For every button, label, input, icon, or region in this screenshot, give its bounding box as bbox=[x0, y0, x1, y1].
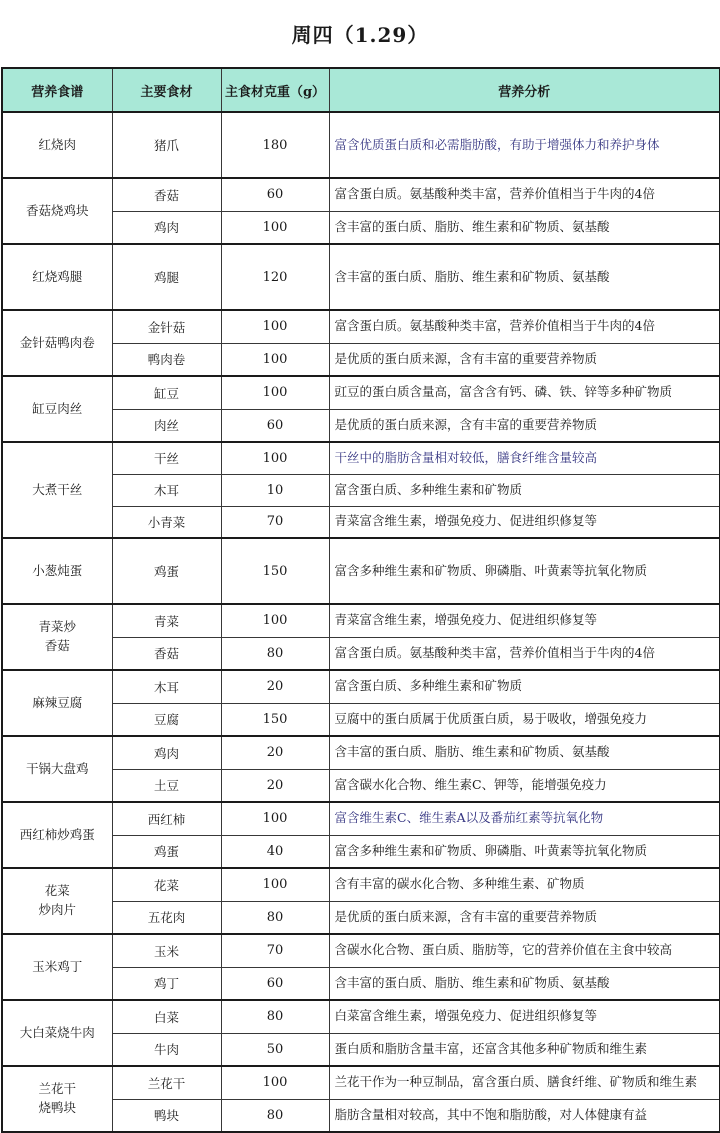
recipe-name-line: 香菇 bbox=[3, 637, 112, 656]
analysis-cell: 富含维生素C、维生素A以及番茄红素等抗氧化物 bbox=[329, 802, 720, 835]
ingredient-cell: 鸭块 bbox=[112, 1099, 221, 1132]
weight-cell: 50 bbox=[221, 1033, 329, 1066]
ingredient-cell: 五花肉 bbox=[112, 901, 221, 934]
recipe-name-line: 西红柿炒鸡蛋 bbox=[3, 826, 112, 845]
ingredient-cell: 肉丝 bbox=[112, 409, 221, 442]
recipe-cell: 青菜炒香菇 bbox=[2, 604, 112, 670]
ingredient-cell: 猪爪 bbox=[112, 112, 221, 178]
nutrition-table: 营养食谱主要食材主食材克重（g）营养分析 红烧肉猪爪180富含优质蛋白质和必需脂… bbox=[1, 67, 720, 1133]
weight-cell: 100 bbox=[221, 604, 329, 637]
ingredient-cell: 西红柿 bbox=[112, 802, 221, 835]
analysis-cell: 富含蛋白质。氨基酸种类丰富，营养价值相当于牛肉的4倍 bbox=[329, 637, 720, 670]
recipe-name-line: 玉米鸡丁 bbox=[3, 958, 112, 977]
recipe-cell: 西红柿炒鸡蛋 bbox=[2, 802, 112, 868]
analysis-cell: 含丰富的蛋白质、脂肪、维生素和矿物质、氨基酸 bbox=[329, 244, 720, 310]
weight-cell: 80 bbox=[221, 901, 329, 934]
analysis-cell: 富含多种维生素和矿物质、卵磷脂、叶黄素等抗氧化物质 bbox=[329, 538, 720, 604]
analysis-cell: 青菜富含维生素，增强免疫力、促进组织修复等 bbox=[329, 604, 720, 637]
recipe-name-line: 大白菜烧牛肉 bbox=[3, 1024, 112, 1043]
analysis-cell: 含碳水化合物、蛋白质、脂肪等，它的营养价值在主食中较高 bbox=[329, 934, 720, 967]
analysis-cell: 含丰富的蛋白质、脂肪、维生素和矿物质、氨基酸 bbox=[329, 736, 720, 769]
recipe-name-line: 干锅大盘鸡 bbox=[3, 760, 112, 779]
weight-cell: 20 bbox=[221, 769, 329, 802]
recipe-name-line: 花菜 bbox=[3, 882, 112, 901]
recipe-name-line: 麻辣豆腐 bbox=[3, 694, 112, 713]
recipe-name-line: 金针菇鸭肉卷 bbox=[3, 334, 112, 353]
recipe-name-line: 小葱炖蛋 bbox=[3, 562, 112, 581]
analysis-cell: 兰花干作为一种豆制品，富含蛋白质、膳食纤维、矿物质和维生素 bbox=[329, 1066, 720, 1099]
table-row: 大煮干丝干丝100干丝中的脂肪含量相对较低，膳食纤维含量较高 bbox=[2, 442, 720, 474]
weight-cell: 20 bbox=[221, 736, 329, 769]
recipe-cell: 金针菇鸭肉卷 bbox=[2, 310, 112, 376]
recipe-cell: 红烧鸡腿 bbox=[2, 244, 112, 310]
table-row: 大白菜烧牛肉白菜80白菜富含维生素，增强免疫力、促进组织修复等 bbox=[2, 1000, 720, 1033]
table-row: 西红柿炒鸡蛋西红柿100富含维生素C、维生素A以及番茄红素等抗氧化物 bbox=[2, 802, 720, 835]
recipe-name-line: 烧鸭块 bbox=[3, 1099, 112, 1118]
ingredient-cell: 鸡肉 bbox=[112, 736, 221, 769]
weight-cell: 180 bbox=[221, 112, 329, 178]
recipe-cell: 香菇烧鸡块 bbox=[2, 178, 112, 244]
recipe-name-line: 青菜炒 bbox=[3, 618, 112, 637]
analysis-cell: 豇豆的蛋白质含量高，富含含有钙、磷、铁、锌等多种矿物质 bbox=[329, 376, 720, 409]
recipe-cell: 玉米鸡丁 bbox=[2, 934, 112, 1000]
weight-cell: 120 bbox=[221, 244, 329, 310]
recipe-name-line: 兰花干 bbox=[3, 1080, 112, 1099]
ingredient-cell: 木耳 bbox=[112, 670, 221, 703]
table-row: 兰花干烧鸭块兰花干100兰花干作为一种豆制品，富含蛋白质、膳食纤维、矿物质和维生… bbox=[2, 1066, 720, 1099]
recipe-cell: 红烧肉 bbox=[2, 112, 112, 178]
column-header: 营养分析 bbox=[329, 68, 720, 112]
ingredient-cell: 香菇 bbox=[112, 637, 221, 670]
weight-cell: 150 bbox=[221, 538, 329, 604]
analysis-cell: 含丰富的蛋白质、脂肪、维生素和矿物质、氨基酸 bbox=[329, 211, 720, 244]
ingredient-cell: 豆腐 bbox=[112, 703, 221, 736]
table-row: 花菜炒肉片花菜100含有丰富的碳水化合物、多种维生素、矿物质 bbox=[2, 868, 720, 901]
analysis-cell: 含丰富的蛋白质、脂肪、维生素和矿物质、氨基酸 bbox=[329, 967, 720, 1000]
weight-cell: 150 bbox=[221, 703, 329, 736]
table-row: 金针菇鸭肉卷金针菇100富含蛋白质。氨基酸种类丰富，营养价值相当于牛肉的4倍 bbox=[2, 310, 720, 343]
ingredient-cell: 香菇 bbox=[112, 178, 221, 211]
weight-cell: 100 bbox=[221, 343, 329, 376]
analysis-cell: 是优质的蛋白质来源，含有丰富的重要营养物质 bbox=[329, 343, 720, 376]
table-row: 麻辣豆腐木耳20富含蛋白质、多种维生素和矿物质 bbox=[2, 670, 720, 703]
analysis-cell: 富含多种维生素和矿物质、卵磷脂、叶黄素等抗氧化物质 bbox=[329, 835, 720, 868]
recipe-cell: 麻辣豆腐 bbox=[2, 670, 112, 736]
recipe-name-line: 大煮干丝 bbox=[3, 481, 112, 500]
weight-cell: 60 bbox=[221, 409, 329, 442]
recipe-name-line: 红烧鸡腿 bbox=[3, 268, 112, 287]
weight-cell: 70 bbox=[221, 506, 329, 538]
weight-cell: 100 bbox=[221, 802, 329, 835]
table-row: 香菇烧鸡块香菇60富含蛋白质。氨基酸种类丰富，营养价值相当于牛肉的4倍 bbox=[2, 178, 720, 211]
header-row: 营养食谱主要食材主食材克重（g）营养分析 bbox=[2, 68, 720, 112]
recipe-cell: 大煮干丝 bbox=[2, 442, 112, 538]
weight-cell: 20 bbox=[221, 670, 329, 703]
recipe-cell: 大白菜烧牛肉 bbox=[2, 1000, 112, 1066]
ingredient-cell: 鸭肉卷 bbox=[112, 343, 221, 376]
weight-cell: 40 bbox=[221, 835, 329, 868]
recipe-cell: 花菜炒肉片 bbox=[2, 868, 112, 934]
analysis-cell: 富含蛋白质、多种维生素和矿物质 bbox=[329, 474, 720, 506]
analysis-cell: 青菜富含维生素，增强免疫力、促进组织修复等 bbox=[329, 506, 720, 538]
weight-cell: 100 bbox=[221, 211, 329, 244]
ingredient-cell: 牛肉 bbox=[112, 1033, 221, 1066]
recipe-name-line: 缸豆肉丝 bbox=[3, 400, 112, 419]
column-header: 主食材克重（g） bbox=[221, 68, 329, 112]
weight-cell: 100 bbox=[221, 1066, 329, 1099]
recipe-name-line: 红烧肉 bbox=[3, 136, 112, 155]
table-row: 青菜炒香菇青菜100青菜富含维生素，增强免疫力、促进组织修复等 bbox=[2, 604, 720, 637]
ingredient-cell: 鸡丁 bbox=[112, 967, 221, 1000]
weight-cell: 100 bbox=[221, 442, 329, 474]
ingredient-cell: 兰花干 bbox=[112, 1066, 221, 1099]
ingredient-cell: 花菜 bbox=[112, 868, 221, 901]
weight-cell: 70 bbox=[221, 934, 329, 967]
ingredient-cell: 青菜 bbox=[112, 604, 221, 637]
weight-cell: 100 bbox=[221, 310, 329, 343]
page: 周四（1.29） 营养食谱主要食材主食材克重（g）营养分析 红烧肉猪爪180富含… bbox=[0, 0, 720, 1133]
ingredient-cell: 白菜 bbox=[112, 1000, 221, 1033]
analysis-cell: 白菜富含维生素，增强免疫力、促进组织修复等 bbox=[329, 1000, 720, 1033]
ingredient-cell: 小青菜 bbox=[112, 506, 221, 538]
column-header: 营养食谱 bbox=[2, 68, 112, 112]
ingredient-cell: 木耳 bbox=[112, 474, 221, 506]
analysis-cell: 豆腐中的蛋白质属于优质蛋白质，易于吸收，增强免疫力 bbox=[329, 703, 720, 736]
analysis-cell: 富含优质蛋白质和必需脂肪酸，有助于增强体力和养护身体 bbox=[329, 112, 720, 178]
recipe-cell: 干锅大盘鸡 bbox=[2, 736, 112, 802]
analysis-cell: 是优质的蛋白质来源，含有丰富的重要营养物质 bbox=[329, 901, 720, 934]
analysis-cell: 富含蛋白质。氨基酸种类丰富，营养价值相当于牛肉的4倍 bbox=[329, 178, 720, 211]
ingredient-cell: 鸡蛋 bbox=[112, 538, 221, 604]
ingredient-cell: 土豆 bbox=[112, 769, 221, 802]
analysis-cell: 是优质的蛋白质来源，含有丰富的重要营养物质 bbox=[329, 409, 720, 442]
analysis-cell: 含有丰富的碳水化合物、多种维生素、矿物质 bbox=[329, 868, 720, 901]
table-row: 红烧肉猪爪180富含优质蛋白质和必需脂肪酸，有助于增强体力和养护身体 bbox=[2, 112, 720, 178]
weight-cell: 80 bbox=[221, 1099, 329, 1132]
table-row: 小葱炖蛋鸡蛋150富含多种维生素和矿物质、卵磷脂、叶黄素等抗氧化物质 bbox=[2, 538, 720, 604]
page-title: 周四（1.29） bbox=[0, 0, 720, 67]
weight-cell: 60 bbox=[221, 967, 329, 1000]
weight-cell: 80 bbox=[221, 637, 329, 670]
table-row: 干锅大盘鸡鸡肉20含丰富的蛋白质、脂肪、维生素和矿物质、氨基酸 bbox=[2, 736, 720, 769]
ingredient-cell: 玉米 bbox=[112, 934, 221, 967]
table-row: 玉米鸡丁玉米70含碳水化合物、蛋白质、脂肪等，它的营养价值在主食中较高 bbox=[2, 934, 720, 967]
table-row: 缸豆肉丝缸豆100豇豆的蛋白质含量高，富含含有钙、磷、铁、锌等多种矿物质 bbox=[2, 376, 720, 409]
weight-cell: 10 bbox=[221, 474, 329, 506]
recipe-name-line: 炒肉片 bbox=[3, 901, 112, 920]
weight-cell: 100 bbox=[221, 868, 329, 901]
ingredient-cell: 干丝 bbox=[112, 442, 221, 474]
ingredient-cell: 鸡蛋 bbox=[112, 835, 221, 868]
analysis-cell: 富含蛋白质。氨基酸种类丰富，营养价值相当于牛肉的4倍 bbox=[329, 310, 720, 343]
analysis-cell: 蛋白质和脂肪含量丰富，还富含其他多种矿物质和维生素 bbox=[329, 1033, 720, 1066]
ingredient-cell: 鸡腿 bbox=[112, 244, 221, 310]
ingredient-cell: 鸡肉 bbox=[112, 211, 221, 244]
recipe-cell: 缸豆肉丝 bbox=[2, 376, 112, 442]
weight-cell: 100 bbox=[221, 376, 329, 409]
weight-cell: 60 bbox=[221, 178, 329, 211]
recipe-cell: 小葱炖蛋 bbox=[2, 538, 112, 604]
column-header: 主要食材 bbox=[112, 68, 221, 112]
table-row: 红烧鸡腿鸡腿120含丰富的蛋白质、脂肪、维生素和矿物质、氨基酸 bbox=[2, 244, 720, 310]
recipe-name-line: 香菇烧鸡块 bbox=[3, 202, 112, 221]
table-header: 营养食谱主要食材主食材克重（g）营养分析 bbox=[2, 68, 720, 112]
analysis-cell: 富含蛋白质、多种维生素和矿物质 bbox=[329, 670, 720, 703]
ingredient-cell: 缸豆 bbox=[112, 376, 221, 409]
analysis-cell: 脂肪含量相对较高，其中不饱和脂肪酸，对人体健康有益 bbox=[329, 1099, 720, 1132]
analysis-cell: 干丝中的脂肪含量相对较低，膳食纤维含量较高 bbox=[329, 442, 720, 474]
ingredient-cell: 金针菇 bbox=[112, 310, 221, 343]
weight-cell: 80 bbox=[221, 1000, 329, 1033]
analysis-cell: 富含碳水化合物、维生素C、钾等，能增强免疫力 bbox=[329, 769, 720, 802]
recipe-cell: 兰花干烧鸭块 bbox=[2, 1066, 112, 1132]
